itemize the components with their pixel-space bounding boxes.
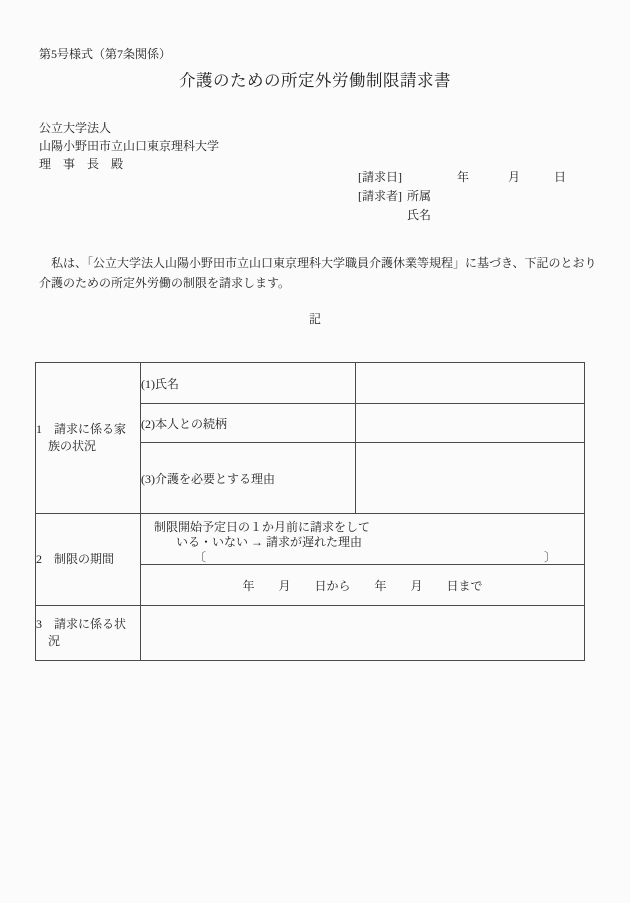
request-meta-block: [請求日] 年 月 日 [請求者] 所属 氏名	[358, 168, 598, 228]
statement-line-1: 私は、「公立大学法人山陽小野田市立山口東京理科大学職員介護休業等規程」に基づき、…	[39, 253, 605, 273]
relationship-value-cell[interactable]	[356, 404, 585, 443]
ki-separator: 記	[0, 309, 630, 329]
document-page: 第5号様式（第7条関係） 介護のための所定外労働制限請求書 公立大学法人 山陽小…	[0, 0, 630, 903]
request-status-value-cell[interactable]	[141, 606, 585, 661]
relationship-label-cell: (2)本人との続柄	[141, 404, 356, 443]
affiliation-label: 所属	[407, 189, 431, 204]
requester-label: [請求者]	[358, 189, 402, 204]
family-name-value-cell[interactable]	[356, 363, 585, 404]
bracket-open: 〔	[194, 550, 206, 564]
president-honorific: 理 事 長 殿	[39, 155, 219, 173]
notice-line-1: 制限開始予定日の１か月前に請求をして	[154, 520, 584, 535]
table-row: 2 制限の期間 制限開始予定日の１か月前に請求をして いる・いない → 請求が遅…	[36, 514, 585, 565]
section3-label-cell: 3 請求に係る状 況	[36, 606, 141, 661]
table-row: 1 請求に係る家 族の状況 (1)氏名	[36, 363, 585, 404]
bracket-close: 〕	[544, 550, 556, 564]
advance-notice-cell: 制限開始予定日の１か月前に請求をして いる・いない → 請求が遅れた理由 〔 〕	[141, 514, 585, 565]
form-number: 第5号様式（第7条関係）	[39, 46, 171, 62]
requester-name-line: 氏名	[358, 208, 598, 223]
year-label: 年	[457, 170, 469, 185]
corporation-name: 公立大学法人	[39, 119, 219, 137]
care-reason-value-cell[interactable]	[356, 443, 585, 514]
section2-label-cell: 2 制限の期間	[36, 514, 141, 606]
table-row: 3 請求に係る状 況	[36, 606, 585, 661]
requester-line: [請求者] 所属	[358, 189, 598, 204]
family-name-label-cell: (1)氏名	[141, 363, 356, 404]
request-date-line: [請求日] 年 月 日	[358, 170, 598, 185]
request-form-table: 1 請求に係る家 族の状況 (1)氏名 (2)本人との続柄 (3)介護を必要とす…	[35, 362, 585, 661]
request-statement: 私は、「公立大学法人山陽小野田市立山口東京理科大学職員介護休業等規程」に基づき、…	[39, 253, 605, 293]
advance-notice-block: 制限開始予定日の１か月前に請求をして いる・いない → 請求が遅れた理由 〔 〕	[141, 514, 584, 564]
statement-line-2: 介護のための所定外労働の制限を請求します。	[39, 273, 605, 293]
care-reason-label-cell: (3)介護を必要とする理由	[141, 443, 356, 514]
university-name: 山陽小野田市立山口東京理科大学	[39, 137, 219, 155]
document-title: 介護のための所定外労働制限請求書	[0, 71, 630, 91]
month-label: 月	[508, 170, 520, 185]
name-label: 氏名	[407, 208, 431, 223]
request-date-label: [請求日]	[358, 170, 402, 185]
day-label: 日	[554, 170, 566, 185]
restriction-period-cell[interactable]: 年 月 日から 年 月 日まで	[141, 565, 585, 606]
section1-label-cell: 1 請求に係る家 族の状況	[36, 363, 141, 514]
late-reason-entry-area[interactable]: 〔 〕	[194, 550, 556, 564]
addressee-block: 公立大学法人 山陽小野田市立山口東京理科大学 理 事 長 殿	[39, 119, 219, 173]
notice-line-2: いる・いない → 請求が遅れた理由	[176, 535, 584, 550]
